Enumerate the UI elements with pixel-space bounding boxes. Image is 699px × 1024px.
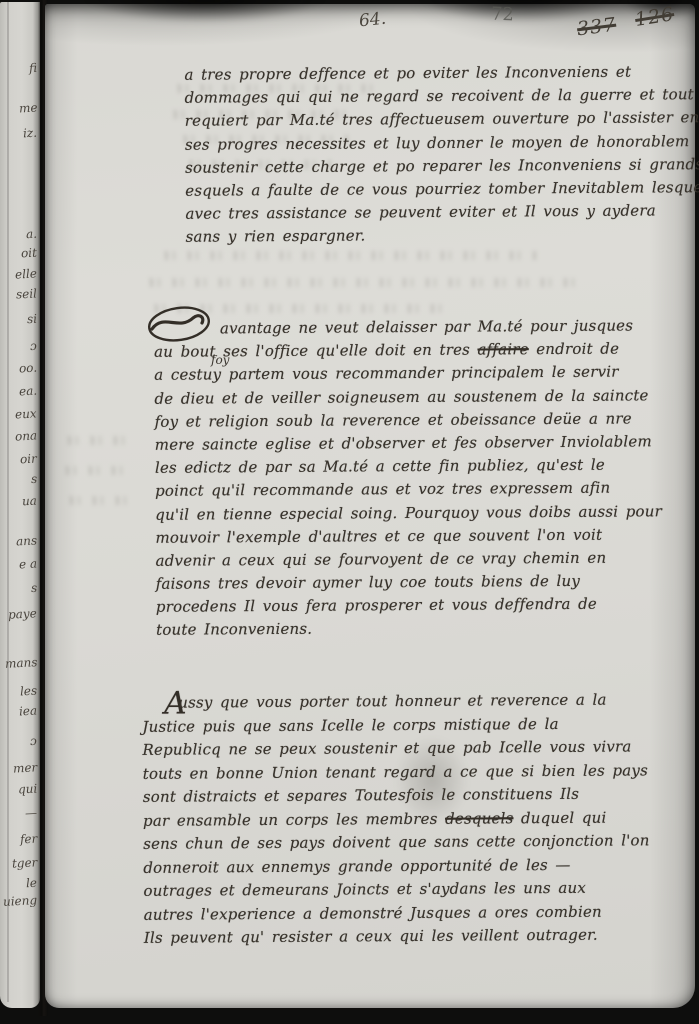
margin-text-fragment: s — [30, 581, 37, 595]
manuscript-line: toute Inconveniens. — [156, 616, 664, 643]
margin-text-fragment: e a — [19, 557, 38, 572]
margin-text-fragment: me — [18, 101, 37, 116]
margin-text-fragment: mans — [4, 655, 37, 671]
manuscript-line: poinct qu'il recommande aus et voz tres … — [155, 477, 663, 504]
margin-text-fragment: le — [26, 876, 38, 891]
margin-text-fragment: oit — [21, 246, 38, 261]
scan-shadow — [80, 0, 330, 24]
margin-text-fragment: les — [20, 684, 38, 699]
margin-text-fragment: uieng — [3, 893, 38, 909]
manuscript-line: sans y rien espargner. — [185, 223, 677, 250]
margin-text-fragment: s — [30, 472, 37, 486]
bleedthrough-text — [65, 496, 131, 505]
manuscript-line: les edictz de par sa Ma.té a cette fin p… — [155, 453, 663, 480]
margin-text-fragment: oir — [20, 452, 38, 467]
folio-number-pencil: 72 — [491, 4, 515, 26]
manuscript-line: qu'il en tienne especial soing. Pourquoy… — [155, 500, 663, 527]
facing-page-edge: fimeiz.a.oitelleseilsiɔoo.ea.euxonaoirsu… — [0, 2, 40, 1008]
paragraph-3: A ussy que vous porter tout honneur et r… — [142, 688, 669, 950]
manuscript-line: foy et religion soub la reverence et obe… — [155, 407, 663, 434]
manuscript-line: a tres propre deffence et po eviter les … — [184, 60, 676, 87]
margin-text-fragment: ɔ — [30, 339, 37, 353]
manuscript-line: mere saincte eglise et d'observer et fes… — [155, 430, 663, 457]
margin-text-fragment: oo. — [19, 361, 38, 376]
bleedthrough-text — [145, 278, 575, 287]
margin-text-fragment: elle — [15, 266, 38, 281]
margin-text-fragment: ea. — [19, 384, 38, 399]
manuscript-line: esquels a faulte de ce vous pourriez tom… — [185, 176, 677, 203]
margin-text-fragment: ɔ — [30, 734, 37, 748]
manuscript-line: requiert par Ma.té tres affectueusem ouv… — [185, 107, 677, 134]
bleedthrough-text — [61, 466, 135, 475]
paragraph-3-lines: ussy que vous porter tout honneur et rev… — [142, 688, 669, 950]
manuscript-line: soustenir cette charge et po reparer les… — [185, 153, 677, 180]
margin-text-fragment: paye — [8, 606, 37, 621]
bleedthrough-text — [160, 251, 540, 260]
manuscript-line: Ils peuvent qu' resister a ceux qui les … — [144, 923, 669, 950]
margin-text-fragment: iea — [19, 704, 38, 719]
manuscript-line: avec tres assistance se peuvent eviter e… — [185, 199, 677, 226]
paragraph-1: a tres propre deffence et po eviter les … — [184, 60, 677, 249]
margin-text-fragment: seil — [16, 286, 38, 301]
margin-text-fragment: ona — [15, 428, 38, 443]
old-page-number-struck: 337 — [576, 14, 618, 41]
margin-text-fragment: fer — [19, 832, 37, 847]
margin-text-fragment: ans — [16, 533, 38, 548]
margin-text-fragment: iz. — [23, 126, 38, 141]
manuscript-line: dommages qui qui ne regard se recoivent … — [185, 83, 677, 110]
margin-text-fragment: fi — [29, 61, 38, 75]
manuscript-line: a cestuy partem vous recommander princip… — [154, 361, 662, 388]
interlinear-insertion: foy — [211, 353, 229, 367]
manuscript-line: mouvoir l'exemple d'aultres et ce que so… — [155, 523, 663, 550]
bleedthrough-text — [63, 436, 133, 445]
old-page-number-struck: 126 — [634, 3, 676, 31]
manuscript-line: de dieu et de veiller soigneusem au sous… — [154, 384, 662, 411]
margin-text-fragment: mer — [12, 760, 37, 775]
margin-text-fragment: a. — [26, 227, 38, 242]
margin-text-fragment: tger — [11, 855, 37, 870]
margin-text-fragment: — — [25, 806, 38, 821]
margin-text-fragment: qui — [17, 782, 37, 797]
scanned-manuscript: fimeiz.a.oitelleseilsiɔoo.ea.euxonaoirsu… — [0, 0, 699, 1024]
margin-text-fragment: ua — [22, 494, 38, 509]
paragraph-2: avantage ne veut delaisser par Ma.té pou… — [154, 314, 664, 642]
page-number-ink: 64. — [358, 9, 387, 32]
margin-text-fragment: si — [27, 312, 38, 327]
manuscript-page: 64. 72 337 126 a tres propre deffence et… — [45, 4, 695, 1008]
margin-text-fragment: eux — [15, 406, 37, 421]
manuscript-line: ses progres necessites et luy donner le … — [185, 130, 677, 157]
